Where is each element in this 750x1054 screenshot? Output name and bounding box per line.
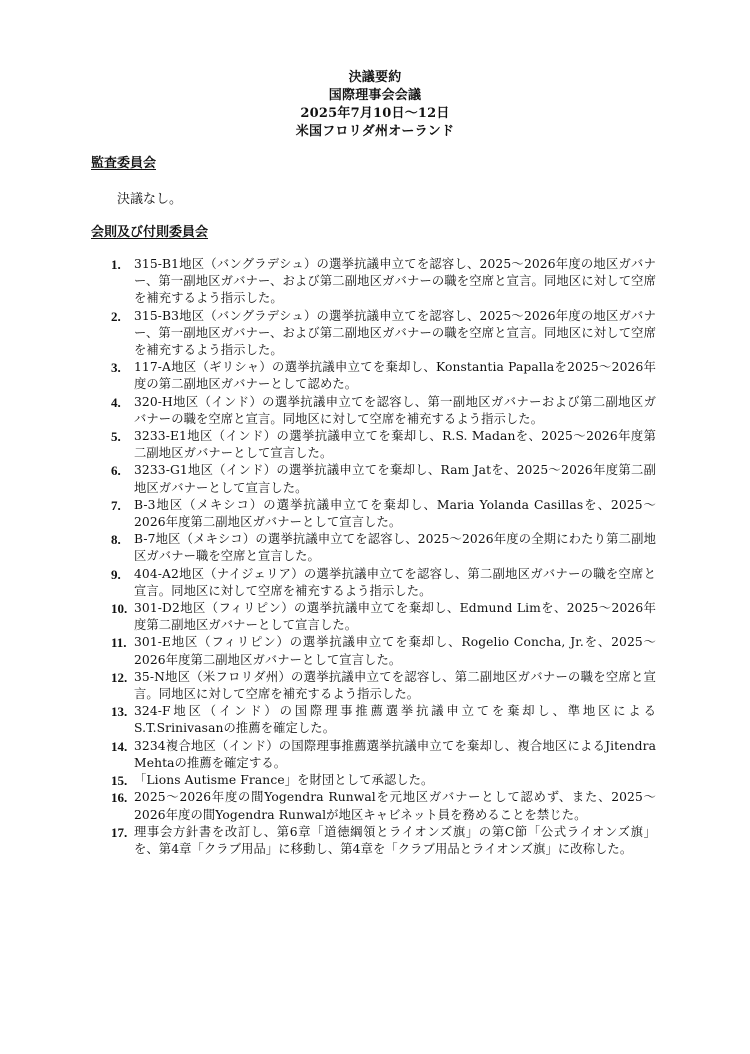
- meeting-location: 米国フロリダ州オーランド: [0, 123, 750, 141]
- item-text: B-7地区（メキシコ）の選挙抗議申立てを認容し、2025～2026年度の全期にわ…: [134, 531, 656, 565]
- item-number: 1.: [111, 256, 134, 308]
- list-item: 17.理事会方針書を改訂し、第6章「道徳綱領とライオンズ旗」の第C節「公式ライオ…: [111, 824, 656, 858]
- section-body-audit-committee: 決議なし。: [117, 191, 182, 209]
- list-item: 7.B-3地区（メキシコ）の選挙抗議申立てを棄却し、Maria Yolanda …: [111, 497, 656, 531]
- item-number: 7.: [111, 497, 134, 531]
- item-text: 320-H地区（インド）の選挙抗議申立てを認容し、第一副地区ガバナーおよび第二副…: [134, 394, 656, 428]
- list-item: 2.315-B3地区（バングラデシュ）の選挙抗議申立てを認容し、2025～202…: [111, 308, 656, 360]
- list-item: 6.3233-G1地区（インド）の選挙抗議申立てを棄却し、Ram Jatを、20…: [111, 462, 656, 496]
- item-number: 4.: [111, 394, 134, 428]
- item-text: 理事会方針書を改訂し、第6章「道徳綱領とライオンズ旗」の第C節「公式ライオンズ旗…: [134, 824, 656, 858]
- item-text: 404-A2地区（ナイジェリア）の選挙抗議申立てを認容し、第二副地区ガバナーの職…: [134, 566, 656, 600]
- item-number: 2.: [111, 308, 134, 360]
- item-number: 13.: [111, 703, 134, 737]
- item-text: 315-B1地区（バングラデシュ）の選挙抗議申立てを認容し、2025～2026年…: [134, 256, 656, 308]
- item-number: 6.: [111, 462, 134, 496]
- item-text: 「Lions Autisme France」を財団として承認した。: [134, 772, 656, 789]
- item-text: 324-F地区（インド）の国際理事推薦選挙抗議申立てを棄却し、準地区によるS.T…: [134, 703, 656, 737]
- list-item: 4.320-H地区（インド）の選挙抗議申立てを認容し、第一副地区ガバナーおよび第…: [111, 394, 656, 428]
- item-number: 15.: [111, 772, 134, 789]
- item-number: 12.: [111, 669, 134, 703]
- item-number: 11.: [111, 634, 134, 668]
- meeting-dates: 2025年7月10日～12日: [0, 105, 750, 123]
- item-text: 301-E地区（フィリピン）の選挙抗議申立てを棄却し、Rogelio Conch…: [134, 634, 656, 668]
- item-number: 16.: [111, 789, 134, 823]
- list-item: 11.301-E地区（フィリピン）の選挙抗議申立てを棄却し、Rogelio Co…: [111, 634, 656, 668]
- list-item: 13.324-F地区（インド）の国際理事推薦選挙抗議申立てを棄却し、準地区による…: [111, 703, 656, 737]
- document-header: 決議要約 国際理事会会議 2025年7月10日～12日 米国フロリダ州オーランド: [0, 69, 750, 141]
- resolution-list: 1.315-B1地区（バングラデシュ）の選挙抗議申立てを認容し、2025～202…: [111, 256, 656, 858]
- item-number: 3.: [111, 359, 134, 393]
- meeting-name: 国際理事会会議: [0, 87, 750, 105]
- list-item: 15.「Lions Autisme France」を財団として承認した。: [111, 772, 656, 789]
- item-number: 9.: [111, 566, 134, 600]
- item-text: 3233-G1地区（インド）の選挙抗議申立てを棄却し、Ram Jatを、2025…: [134, 462, 656, 496]
- section-heading-constitution-bylaws-committee: 会則及び付則委員会: [91, 224, 208, 242]
- item-text: 35-N地区（米フロリダ州）の選挙抗議申立てを認容し、第二副地区ガバナーの職を空…: [134, 669, 656, 703]
- list-item: 14.3234複合地区（インド）の国際理事推薦選挙抗議申立てを棄却し、複合地区に…: [111, 738, 656, 772]
- list-item: 8.B-7地区（メキシコ）の選挙抗議申立てを認容し、2025～2026年度の全期…: [111, 531, 656, 565]
- item-text: 315-B3地区（バングラデシュ）の選挙抗議申立てを認容し、2025～2026年…: [134, 308, 656, 360]
- item-text: 3234複合地区（インド）の国際理事推薦選挙抗議申立てを棄却し、複合地区によるJ…: [134, 738, 656, 772]
- list-item: 10.301-D2地区（フィリピン）の選挙抗議申立てを棄却し、Edmund Li…: [111, 600, 656, 634]
- list-item: 16.2025～2026年度の間Yogendra Runwalを元地区ガバナーと…: [111, 789, 656, 823]
- document-title: 決議要約: [0, 69, 750, 87]
- list-item: 3.117-A地区（ギリシャ）の選挙抗議申立てを棄却し、Konstantia P…: [111, 359, 656, 393]
- item-number: 17.: [111, 824, 134, 858]
- item-text: 3233-E1地区（インド）の選挙抗議申立てを棄却し、R.S. Madanを、2…: [134, 428, 656, 462]
- item-text: B-3地区（メキシコ）の選挙抗議申立てを棄却し、Maria Yolanda Ca…: [134, 497, 656, 531]
- item-text: 301-D2地区（フィリピン）の選挙抗議申立てを棄却し、Edmund Limを、…: [134, 600, 656, 634]
- list-item: 9.404-A2地区（ナイジェリア）の選挙抗議申立てを認容し、第二副地区ガバナー…: [111, 566, 656, 600]
- section-heading-audit-committee: 監査委員会: [91, 155, 156, 173]
- document-page: 決議要約 国際理事会会議 2025年7月10日～12日 米国フロリダ州オーランド…: [0, 0, 750, 1054]
- item-number: 8.: [111, 531, 134, 565]
- list-item: 1.315-B1地区（バングラデシュ）の選挙抗議申立てを認容し、2025～202…: [111, 256, 656, 308]
- item-number: 14.: [111, 738, 134, 772]
- item-number: 5.: [111, 428, 134, 462]
- list-item: 12.35-N地区（米フロリダ州）の選挙抗議申立てを認容し、第二副地区ガバナーの…: [111, 669, 656, 703]
- item-text: 117-A地区（ギリシャ）の選挙抗議申立てを棄却し、Konstantia Pap…: [134, 359, 656, 393]
- item-text: 2025～2026年度の間Yogendra Runwalを元地区ガバナーとして認…: [134, 789, 656, 823]
- list-item: 5.3233-E1地区（インド）の選挙抗議申立てを棄却し、R.S. Madanを…: [111, 428, 656, 462]
- item-number: 10.: [111, 600, 134, 634]
